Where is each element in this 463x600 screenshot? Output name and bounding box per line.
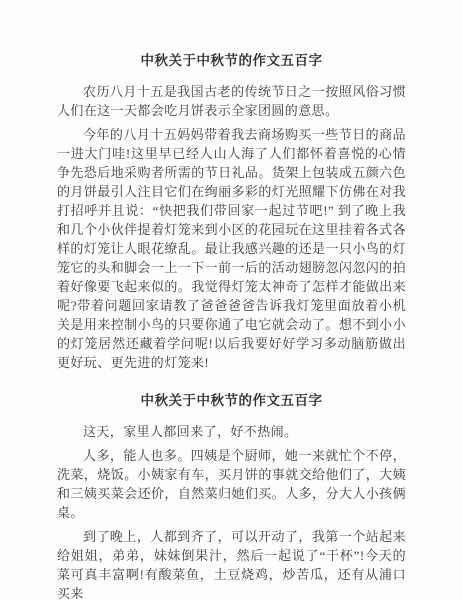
essay-paragraph: 今年的八月十五妈妈带着我去商场购买一些节日的商品一进大门哇!这里早已经人山人海了… xyxy=(57,125,406,372)
essay-section-1: 中秋关于中秋节的作文五百字 农历八月十五是我国古老的传统节日之一按照风俗习惯人们… xyxy=(57,52,406,372)
essay-paragraph: 这天，家里人都回来了，好不热闹。 xyxy=(57,422,406,441)
essay-title: 中秋关于中秋节的作文五百字 xyxy=(57,52,406,69)
essay-page: 中秋关于中秋节的作文五百字 农历八月十五是我国古老的传统节日之一按照风俗习惯人们… xyxy=(0,0,463,600)
essay-paragraph: 农历八月十五是我国古老的传统节日之一按照风俗习惯人们在这一天都会吃月饼表示全家团… xyxy=(57,82,406,120)
essay-paragraph: 人多，能人也多。四姨是个厨师，她一来就忙个不停，洗菜，烧饭。小姨家有车，买月饼的… xyxy=(57,446,406,522)
essay-title: 中秋关于中秋节的作文五百字 xyxy=(57,392,406,409)
essay-paragraph: 到了晚上，人都到齐了，可以开动了，我第一个站起来给姐姐，弟弟，妹妹倒果汁，然后一… xyxy=(57,527,406,600)
essay-section-2: 中秋关于中秋节的作文五百字 这天，家里人都回来了，好不热闹。 人多，能人也多。四… xyxy=(57,392,406,600)
